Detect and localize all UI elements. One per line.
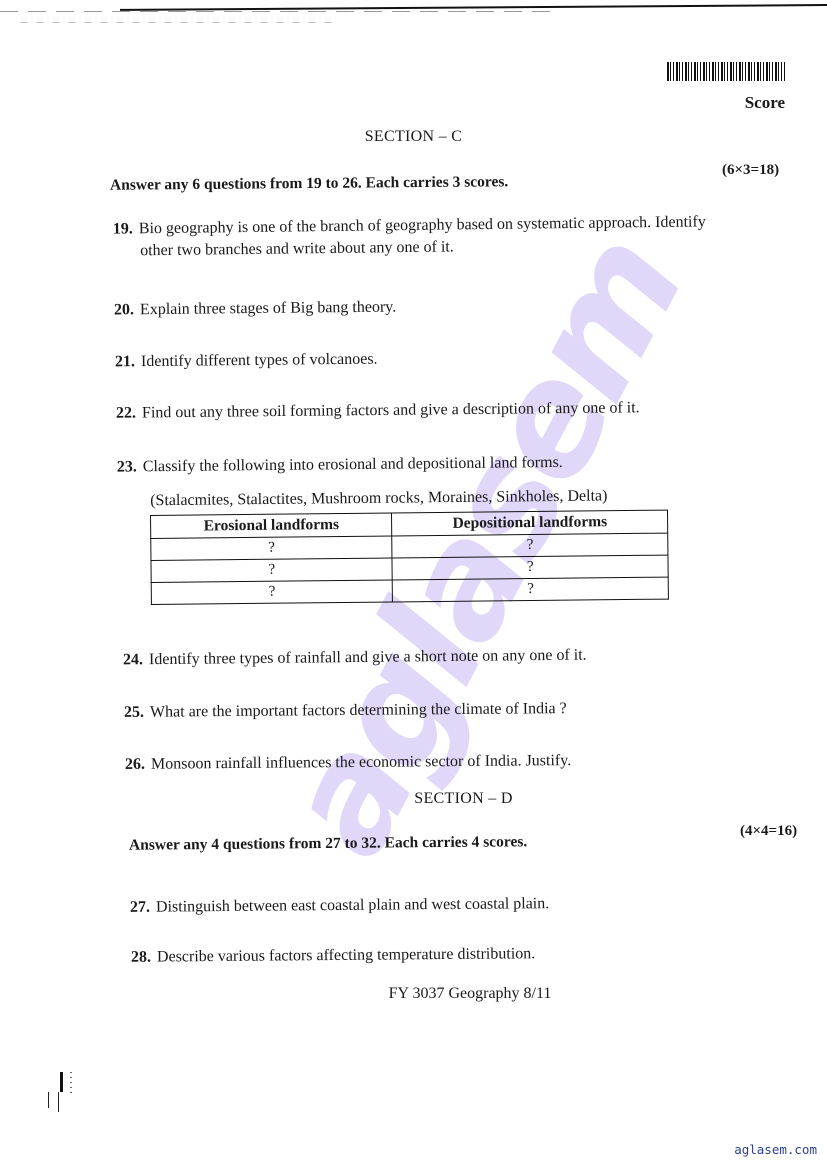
- section-d-instruction: Answer any 4 questions from 27 to 32. Ea…: [129, 833, 527, 854]
- table-cell: ?: [392, 533, 668, 558]
- scan-line: [0, 11, 560, 12]
- binder-mark: [70, 1072, 72, 1094]
- question-22: 22.Find out any three soil forming facto…: [116, 397, 640, 424]
- section-d-marks: (4×4=16): [740, 823, 797, 840]
- barcode-icon: [667, 62, 785, 81]
- table-row: ? ?: [151, 577, 668, 604]
- question-text: Identify three types of rainfall and giv…: [149, 647, 587, 669]
- question-text: Classify the following into erosional an…: [143, 454, 563, 475]
- landforms-table: Erosional landforms Depositional landfor…: [150, 510, 669, 605]
- question-number: 19.: [113, 220, 133, 237]
- score-label: Score: [745, 93, 785, 113]
- question-number: 22.: [116, 405, 136, 422]
- binder-mark: [48, 1092, 49, 1108]
- question-26: 26.Monsoon rainfall influences the econo…: [125, 750, 571, 776]
- question-number: 23.: [117, 458, 137, 475]
- question-text: Find out any three soil forming factors …: [142, 399, 640, 421]
- section-c-marks: (6×3=18): [722, 162, 779, 179]
- scan-edge-lines: [0, 0, 827, 30]
- question-text: Distinguish between east coastal plain a…: [156, 895, 549, 915]
- scan-line: [20, 22, 340, 23]
- section-c-title: SECTION – C: [0, 128, 827, 146]
- scan-line: [120, 4, 827, 11]
- question-23: 23.Classify the following into erosional…: [117, 451, 608, 512]
- question-28: 28.Describe various factors affecting te…: [131, 943, 535, 969]
- question-25: 25.What are the important factors determ…: [124, 698, 567, 724]
- binder-mark: [58, 1092, 59, 1112]
- question-text: Identify different types of volcanoes.: [141, 351, 378, 370]
- question-options: (Stalacmites, Stalactites, Mushroom rock…: [117, 485, 607, 512]
- question-text: Monsoon rainfall influences the economic…: [151, 752, 571, 773]
- binder-mark: [60, 1072, 63, 1092]
- question-number: 25.: [124, 704, 144, 721]
- question-19: 19.Bio geography is one of the branch of…: [113, 211, 706, 262]
- question-27: 27.Distinguish between east coastal plai…: [130, 893, 549, 919]
- question-number: 27.: [130, 899, 150, 916]
- question-number: 28.: [131, 949, 151, 966]
- question-text: What are the important factors determini…: [150, 700, 567, 721]
- section-c-instruction: Answer any 6 questions from 19 to 26. Ea…: [110, 173, 508, 194]
- paper-code: FY 3037 Geography 8/11: [0, 985, 827, 1003]
- question-number: 26.: [125, 756, 145, 773]
- table-cell: ?: [393, 577, 669, 602]
- question-number: 21.: [115, 353, 135, 370]
- question-text: Explain three stages of Big bang theory.: [140, 299, 396, 319]
- question-number: 24.: [123, 651, 143, 668]
- table-cell: ?: [151, 580, 393, 605]
- question-20: 20.Explain three stages of Big bang theo…: [114, 297, 396, 322]
- question-21: 21.Identify different types of volcanoes…: [115, 349, 378, 374]
- question-text-continued: other two branches and write about any o…: [113, 233, 706, 262]
- question-24: 24.Identify three types of rainfall and …: [123, 645, 587, 672]
- question-text: Describe various factors affecting tempe…: [157, 945, 535, 965]
- table-header-erosional: Erosional landforms: [151, 513, 393, 539]
- table-header-depositional: Depositional landforms: [392, 510, 668, 536]
- table-cell: ?: [392, 555, 668, 580]
- table-cell: ?: [151, 536, 393, 561]
- question-text: Bio geography is one of the branch of ge…: [139, 213, 706, 237]
- table-cell: ?: [151, 558, 393, 583]
- site-watermark-link[interactable]: aglasem.com: [734, 1142, 817, 1157]
- section-d-title: SECTION – D: [0, 790, 827, 808]
- question-number: 20.: [114, 301, 134, 318]
